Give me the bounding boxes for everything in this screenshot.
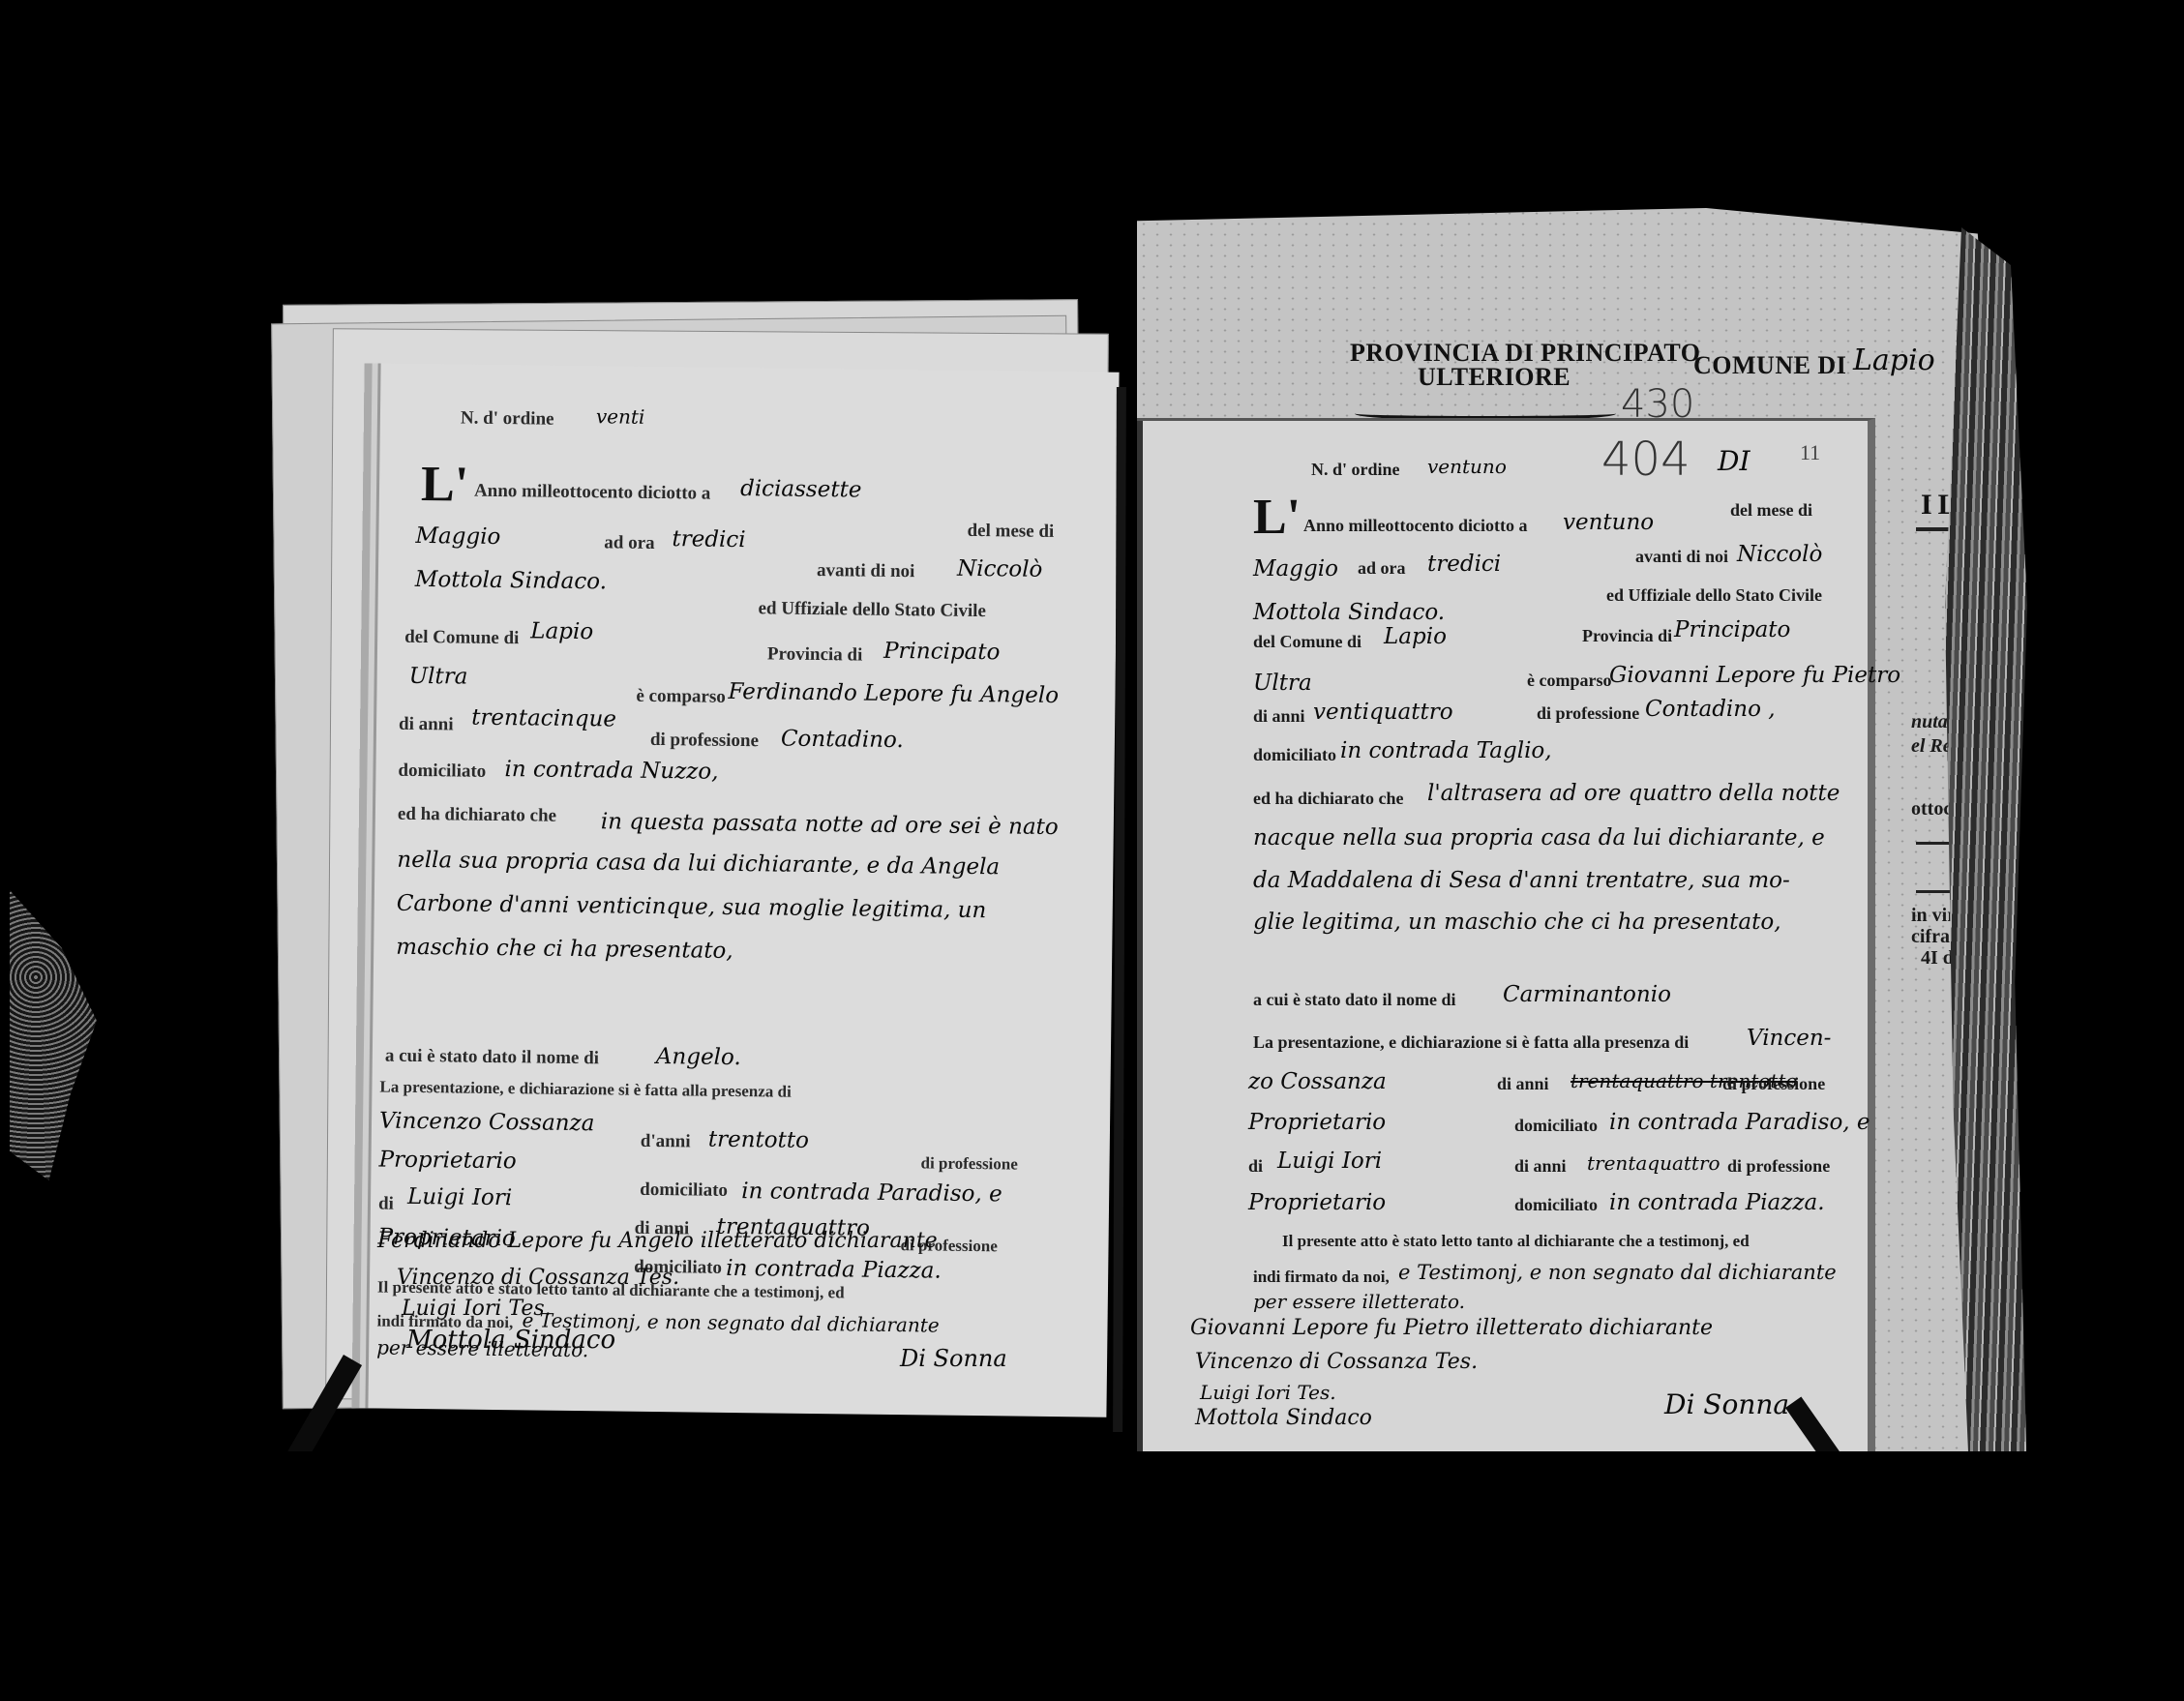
declaration-line-1: l'altrasera ad ore quattro della notte (1427, 781, 1840, 806)
line-month: Maggio (1253, 556, 1338, 582)
line-hour-label: ad ora (1358, 558, 1406, 579)
declaration-line-2: nella sua propria casa da lui dichiarant… (397, 848, 1000, 880)
declaration-line-4: glie legitima, un maschio che ci ha pres… (1253, 910, 1781, 935)
witness1-age-label: d'anni (641, 1131, 691, 1153)
order-value: ventuno (1427, 455, 1507, 478)
witness2-domicile-label: domiciliato (1514, 1195, 1598, 1215)
line-hour: tredici (672, 526, 745, 552)
witness1-age-label: di anni (1497, 1074, 1549, 1094)
closing-hand-2: e Testimonj, e non segnato dal dichiaran… (1398, 1261, 1837, 1284)
signature-registrar: Di Sonna (1664, 1388, 1789, 1420)
archive-mark: DI (1718, 445, 1750, 477)
line-day: ventuno (1563, 510, 1654, 535)
declarant-domicile: in contrada Taglio, (1340, 738, 1552, 763)
signature-witness1: Vincenzo di Cossanza Tes. (1195, 1350, 1478, 1374)
witness2-profession-label: di professione (1727, 1156, 1830, 1177)
line-hour-label: ad ora (604, 532, 655, 554)
declaration-line-4: maschio che ci ha presentato, (396, 935, 733, 964)
before-us-label: avanti di noi (1635, 547, 1728, 567)
declarant-name: Ferdinando Lepore fu Angelo (728, 679, 1059, 708)
signature-witness2: Luigi Iori Tes. (402, 1297, 552, 1321)
declarant-domicile: in contrada Nuzzo, (504, 757, 718, 785)
witness2-age-label: di anni (1514, 1156, 1567, 1177)
line-year: Anno milleottocento diciotto a (474, 481, 711, 505)
province-name: Principato (883, 639, 1001, 665)
initial-letter: L' (1253, 489, 1301, 546)
initial-letter: L' (421, 456, 469, 514)
age-label: di anni (399, 714, 454, 736)
signature-witness2: Luigi Iori Tes. (1200, 1381, 1336, 1404)
mayor-name: Mottola Sindaco. (415, 567, 607, 594)
declaration-line-3: da Maddalena di Sesa d'anni trentatre, s… (1253, 868, 1790, 893)
declaration-line-1: in questa passata notte ad ore sei è nat… (601, 809, 1059, 840)
presentation-label: La presentazione, e dichiarazione si è f… (379, 1078, 791, 1102)
province-heading-line2: ULTERIORE (1418, 363, 1571, 392)
witness1-profession-label: di professione (920, 1153, 1018, 1174)
profession-label: di professione (650, 730, 759, 752)
witness2-domicile: in contrada Piazza. (1609, 1190, 1825, 1215)
line-year: Anno milleottocento diciotto a (1303, 516, 1527, 536)
witness2-prefix: di (378, 1194, 394, 1215)
witness2-name: Luigi Iori (407, 1184, 512, 1210)
comune-label: del Comune di (404, 627, 520, 649)
witness2-name: Luigi Iori (1277, 1149, 1382, 1174)
torn-fabric-edge (10, 890, 97, 1180)
profession-label: di professione (1537, 703, 1639, 724)
declarant-age: trentacinque (471, 705, 616, 732)
witness1-name: zo Cossanza (1248, 1069, 1387, 1094)
right-register-page: N. d' ordine ventuno 404 DI 11 L' Anno m… (1137, 418, 1875, 1451)
presentation-label: La presentazione, e dichiarazione si è f… (1253, 1032, 1689, 1053)
archive-tick: 11 (1800, 440, 1820, 465)
witness1-domicile: in contrada Paradiso, e (1609, 1110, 1870, 1135)
left-signatures: Ferdinando Lepore fu Angelo illetterato … (377, 1229, 1113, 1422)
line-hour: tredici (1427, 552, 1501, 577)
witness2-profession: Proprietario (1248, 1190, 1386, 1215)
officer-label: ed Uffiziale dello Stato Civile (1606, 585, 1822, 606)
signature-witness1: Vincenzo di Cossanza Tes. (397, 1266, 679, 1290)
comune-name: Lapio (530, 618, 593, 644)
comune-heading: COMUNE DI (1693, 351, 1846, 380)
age-label: di anni (1253, 706, 1305, 727)
domicile-label: domiciliato (1253, 745, 1336, 765)
appeared-label: è comparso (636, 686, 726, 708)
comune-label: del Comune di (1253, 632, 1361, 652)
line-month: Maggio (415, 523, 500, 550)
order-label: N. d' ordine (461, 407, 554, 430)
witness1-profession: Proprietario (378, 1148, 516, 1175)
child-name: Carminantonio (1503, 982, 1671, 1007)
name-given-label: a cui è stato dato il nome di (385, 1046, 599, 1070)
signature-mayor: Mottola Sindaco (1195, 1406, 1372, 1430)
mayor-first-name: Niccolò (957, 556, 1043, 582)
appeared-label: è comparso (1527, 671, 1611, 691)
signature-declarant: Ferdinando Lepore fu Angelo illetterato … (377, 1229, 938, 1253)
witness1-name: Vincenzo Cossanza (379, 1109, 595, 1137)
witness1-domicile-label: domiciliato (1514, 1116, 1598, 1136)
signature-registrar: Di Sonna (900, 1345, 1007, 1372)
declarant-age: ventiquattro (1313, 700, 1453, 725)
witness2-age: trentaquattro (1587, 1151, 1720, 1175)
month-label: del mese di (967, 521, 1054, 543)
province-suffix: Ultra (1253, 671, 1312, 696)
closing-line-2: indi firmato da noi, (1253, 1268, 1390, 1287)
line-day: diciassette (740, 476, 862, 503)
closing-hand-3: per essere illetterato. (1253, 1290, 1465, 1313)
declarant-name: Giovanni Lepore fu Pietro (1609, 663, 1900, 688)
witness2-prefix: di (1248, 1156, 1263, 1177)
order-label: N. d' ordine (1311, 460, 1400, 480)
child-name: Angelo. (656, 1044, 741, 1070)
closing-line-1: Il presente atto è stato letto tanto al … (1282, 1232, 1750, 1251)
background-bottom (0, 1451, 2184, 1701)
province-name: Principato (1674, 617, 1790, 642)
mayor-name: Mottola Sindaco. (1253, 600, 1445, 625)
witness1-domicile-label: domiciliato (640, 1179, 728, 1202)
declared-label: ed ha dichiarato che (398, 804, 556, 827)
declaration-line-2: nacque nella sua propria casa da lui dic… (1253, 825, 1825, 850)
witness1-domicile: in contrada Paradiso, e (741, 1179, 1002, 1207)
order-value: venti (596, 404, 645, 429)
declarant-profession: Contadino. (781, 727, 904, 754)
archive-number: 404 (1601, 433, 1690, 487)
declared-label: ed ha dichiarato che (1253, 789, 1404, 809)
declaration-line-3: Carbone d'anni venticinque, sua moglie l… (397, 891, 987, 923)
witness1-profession-label: di professione (1722, 1074, 1825, 1094)
witness1-profession: Proprietario (1248, 1110, 1386, 1135)
presentation-hand: Vincen- (1747, 1026, 1831, 1051)
domicile-label: domiciliato (398, 761, 486, 783)
comune-heading-name: Lapio (1853, 343, 1935, 377)
province-label: Provincia di (767, 643, 863, 666)
comune-name: Lapio (1384, 624, 1447, 649)
before-us-label: avanti di noi (817, 560, 915, 582)
province-suffix: Ultra (409, 664, 468, 690)
declarant-profession: Contadino , (1645, 697, 1776, 722)
signature-declarant: Giovanni Lepore fu Pietro illetterato di… (1190, 1316, 1713, 1340)
witness1-age: trentotto (708, 1127, 809, 1153)
province-label: Provincia di (1582, 626, 1672, 646)
signature-mayor: Mottola Sindaco (406, 1326, 615, 1355)
name-given-label: a cui è stato dato il nome di (1253, 990, 1456, 1010)
mayor-first-name: Niccolò (1737, 542, 1822, 567)
month-label: del mese di (1730, 500, 1812, 521)
officer-label: ed Uffiziale dello Stato Civile (758, 598, 986, 622)
